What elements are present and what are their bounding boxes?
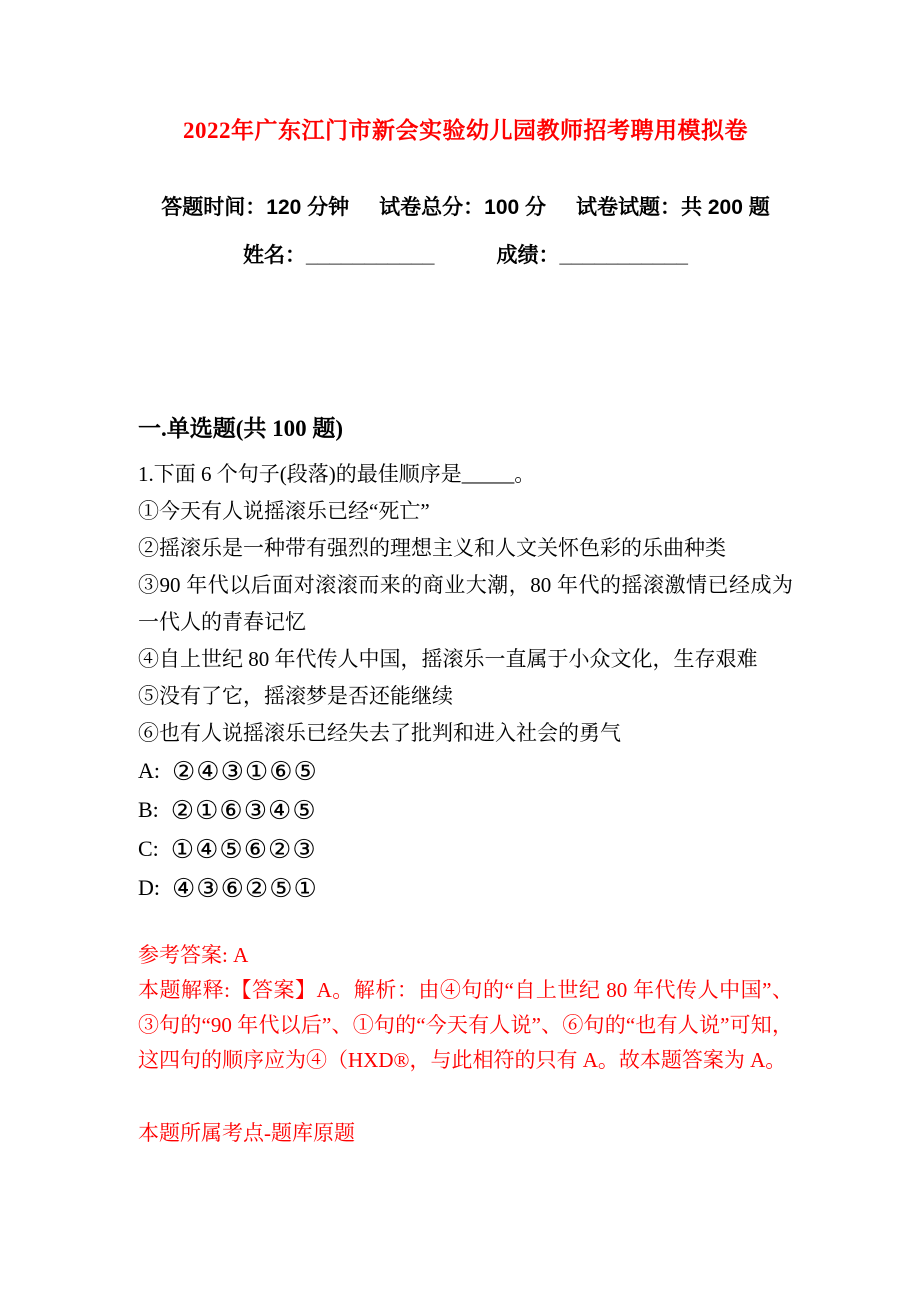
- sentence-1: ①今天有人说摇滚乐已经“死亡”: [138, 493, 793, 530]
- option-d-value: ④③⑥②⑤①: [172, 874, 318, 904]
- exam-meta-row: 答题时间：120 分钟 试卷总分：100 分 试卷试题：共 200 题: [138, 194, 793, 222]
- reference-answer: 参考答案: A: [138, 938, 793, 973]
- option-c: C:①④⑤⑥②③: [138, 830, 793, 869]
- option-d-label: D:: [138, 875, 160, 900]
- sentence-6: ⑥也有人说摇滚乐已经失去了批判和进入社会的勇气: [138, 715, 793, 752]
- option-b-value: ②①⑥③④⑤: [171, 796, 317, 826]
- option-a: A:②④③①⑥⑤: [138, 752, 793, 791]
- option-d: D:④③⑥②⑤①: [138, 869, 793, 908]
- name-label: 姓名：: [243, 244, 306, 267]
- score-label: 成绩：: [497, 244, 560, 267]
- score-blank-field: ___________: [560, 244, 688, 267]
- sentence-5: ⑤没有了它，摇滚梦是否还能继续: [138, 678, 793, 715]
- meta-question-count: 试卷试题：共 200 题: [576, 194, 770, 222]
- sentence-4: ④自上世纪 80 年代传人中国，摇滚乐一直属于小众文化，生存艰难: [138, 641, 793, 678]
- exam-paper-page: 2022年广东江门市新会实验幼儿园教师招考聘用模拟卷 答题时间：120 分钟 试…: [0, 0, 920, 1302]
- question-stem: 1.下面 6 个句子(段落)的最佳顺序是_____。: [138, 456, 793, 493]
- answer-explanation: 本题解释:【答案】A。解析：由④句的“自上世纪 80 年代传人中国”、③句的“9…: [138, 973, 793, 1078]
- page-title: 2022年广东江门市新会实验幼儿园教师招考聘用模拟卷: [138, 113, 793, 149]
- name-blank-field: ___________: [306, 244, 434, 267]
- meta-answer-time: 答题时间：120 分钟: [161, 194, 349, 222]
- option-a-value: ②④③①⑥⑤: [172, 757, 318, 787]
- meta-total-score: 试卷总分：100 分: [379, 194, 546, 222]
- question-category: 本题所属考点-题库原题: [138, 1116, 793, 1151]
- sentence-2: ②摇滚乐是一种带有强烈的理想主义和人文关怀色彩的乐曲种类: [138, 530, 793, 567]
- score-pair: 成绩：___________: [497, 242, 688, 270]
- option-c-value: ①④⑤⑥②③: [171, 835, 317, 865]
- option-b-label: B:: [138, 797, 159, 822]
- answer-block: 参考答案: A 本题解释:【答案】A。解析：由④句的“自上世纪 80 年代传人中…: [138, 938, 793, 1078]
- option-a-label: A:: [138, 758, 160, 783]
- section-heading: 一.单选题(共 100 题): [138, 412, 793, 446]
- name-score-row: 姓名：___________ 成绩：___________: [138, 242, 793, 270]
- name-pair: 姓名：___________: [243, 242, 434, 270]
- sentence-3: ③90 年代以后面对滚滚而来的商业大潮，80 年代的摇滚激情已经成为一代人的青春…: [138, 567, 793, 641]
- option-b: B:②①⑥③④⑤: [138, 791, 793, 830]
- option-c-label: C:: [138, 836, 159, 861]
